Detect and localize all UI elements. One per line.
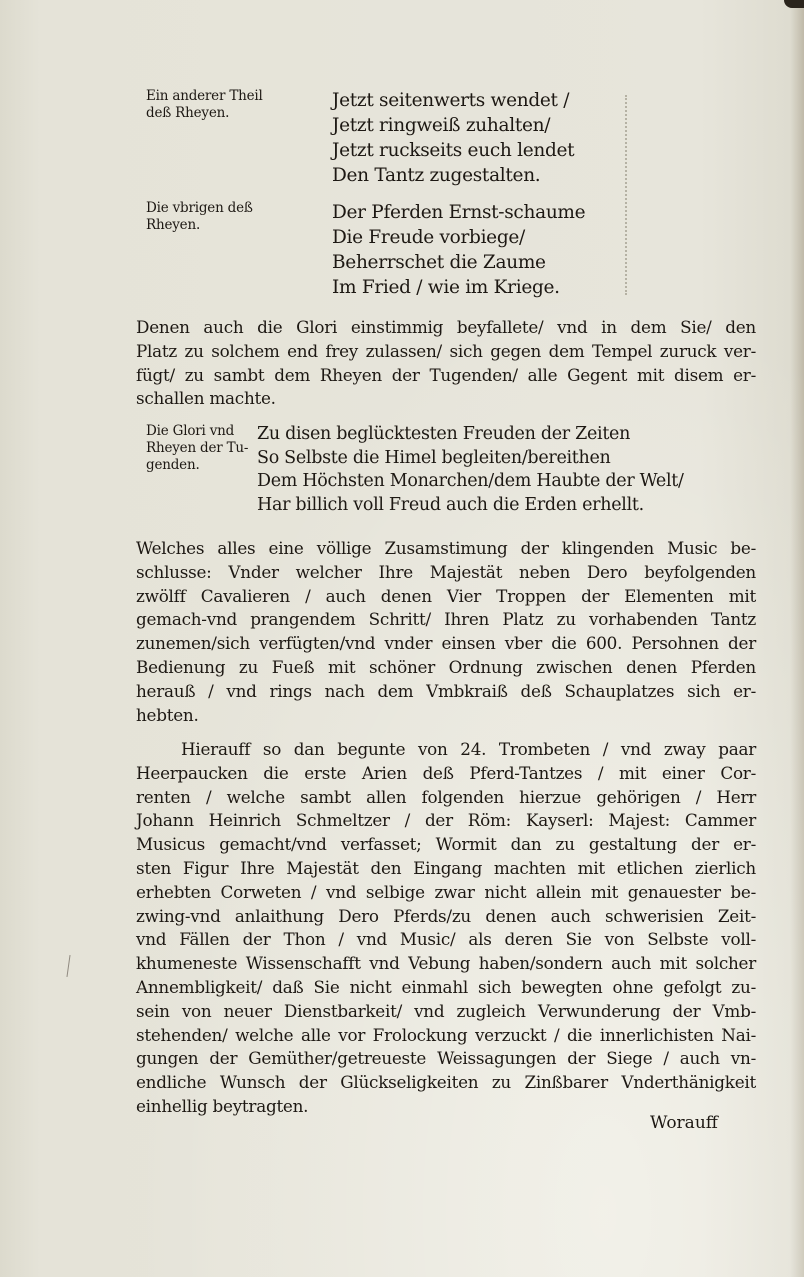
- verse-lines: Der Pferden Ernst-schaume Die Freude vor…: [332, 200, 585, 300]
- label-line: Ein anderer Theil: [146, 88, 306, 105]
- verse-line: Beherrschet die Zaume: [332, 250, 585, 275]
- verse-line: Zu disen beglücktesten Freuden der Zeite…: [257, 423, 684, 447]
- marginal-speaker-label: Die vbrigen deß Rheyen.: [146, 200, 306, 234]
- verse-line: Der Pferden Ernst-schaume: [332, 200, 585, 225]
- text-line: gemach-vnd prangendem Schritt/ Ihren Pla…: [136, 608, 756, 632]
- verse-line: Die Freude vorbiege/: [332, 225, 585, 250]
- label-line: Die vbrigen deß: [146, 200, 306, 217]
- text-line: Platz zu solchem end frey zulassen/ sich…: [136, 340, 756, 364]
- text-line: erhebten Corweten / vnd selbige zwar nic…: [136, 881, 756, 905]
- text-line: zwölff Cavalieren / auch denen Vier Trop…: [136, 585, 756, 609]
- text-line: khumeneste Wissenschafft vnd Vebung habe…: [136, 952, 756, 976]
- text-line: Hierauff so dan begunte von 24. Trombete…: [136, 738, 756, 762]
- verse-line: So Selbste die Himel begleiten/bereithen: [257, 447, 684, 471]
- verse-line: Im Fried / wie im Kriege.: [332, 275, 585, 300]
- text-line: Johann Heinrich Schmeltzer / der Röm: Ka…: [136, 809, 756, 833]
- verse-lines: Jetzt seitenwerts wendet / Jetzt ringwei…: [332, 88, 574, 188]
- text-line: Annembligkeit/ daß Sie nicht einmahl sic…: [136, 976, 756, 1000]
- show-through-marks: [625, 95, 628, 295]
- verse-line: Den Tantz zugestalten.: [332, 163, 574, 188]
- text-line: Denen auch die Glori einstimmig beyfalle…: [136, 316, 756, 340]
- paragraph-2: Welches alles eine völlige Zusamstimung …: [136, 537, 756, 727]
- paragraph-3: Hierauff so dan begunte von 24. Trombete…: [136, 738, 756, 1119]
- text-line: sein von neuer Dienstbarkeit/ vnd zuglei…: [136, 1000, 756, 1024]
- label-line: Rheyen der Tu-: [146, 440, 258, 457]
- marginal-speaker-label: Die Glori vnd Rheyen der Tu- genden.: [146, 423, 258, 474]
- text-line: zwing-vnd anlaithung Dero Pferds/zu dene…: [136, 905, 756, 929]
- verse-line: Jetzt ruckseits euch lendet: [332, 138, 574, 163]
- label-line: deß Rheyen.: [146, 105, 306, 122]
- label-line: genden.: [146, 457, 258, 474]
- label-line: Die Glori vnd: [146, 423, 258, 440]
- text-line: renten / welche sambt allen folgenden hi…: [136, 786, 756, 810]
- text-line: sten Figur Ihre Majestät den Eingang mac…: [136, 857, 756, 881]
- verse-line: Har billich voll Freud auch die Erden er…: [257, 494, 684, 518]
- paragraph-1: Denen auch die Glori einstimmig beyfalle…: [136, 316, 756, 411]
- text-line: fügt/ zu sambt dem Rheyen der Tugenden/ …: [136, 364, 756, 388]
- catchword: Worauff: [650, 1113, 718, 1133]
- text-line: gungen der Gemüther/getreueste Weissagun…: [136, 1047, 756, 1071]
- text-line: Musicus gemacht/vnd verfasset; Wormit da…: [136, 833, 756, 857]
- text-line: Welches alles eine völlige Zusamstimung …: [136, 537, 756, 561]
- page-corner-shadow: [784, 0, 804, 8]
- text-line: Bedienung zu Fueß mit schöner Ordnung zw…: [136, 656, 756, 680]
- verse-line: Dem Höchsten Monarchen/dem Haubte der We…: [257, 470, 684, 494]
- text-line: stehenden/ welche alle vor Frolockung ve…: [136, 1024, 756, 1048]
- scan-mark: [66, 955, 70, 977]
- text-line: hebten.: [136, 704, 756, 728]
- verse-line: Jetzt ringweiß zuhalten/: [332, 113, 574, 138]
- text-line: endliche Wunsch der Glückseligkeiten zu …: [136, 1071, 756, 1095]
- marginal-speaker-label: Ein anderer Theil deß Rheyen.: [146, 88, 306, 122]
- text-line: zunemen/sich verfügten/vnd vnder einsen …: [136, 632, 756, 656]
- text-line: herauß / vnd rings nach dem Vmbkraiß deß…: [136, 680, 756, 704]
- book-page: Ein anderer Theil deß Rheyen. Jetzt seit…: [0, 0, 804, 1277]
- text-line: vnd Fällen der Thon / vnd Music/ als der…: [136, 928, 756, 952]
- verse-lines: Zu disen beglücktesten Freuden der Zeite…: [257, 423, 684, 517]
- verse-line: Jetzt seitenwerts wendet /: [332, 88, 574, 113]
- label-line: Rheyen.: [146, 217, 306, 234]
- text-line: Heerpaucken die erste Arien deß Pferd-Ta…: [136, 762, 756, 786]
- text-line: schlusse: Vnder welcher Ihre Majestät ne…: [136, 561, 756, 585]
- text-line: schallen machte.: [136, 387, 756, 411]
